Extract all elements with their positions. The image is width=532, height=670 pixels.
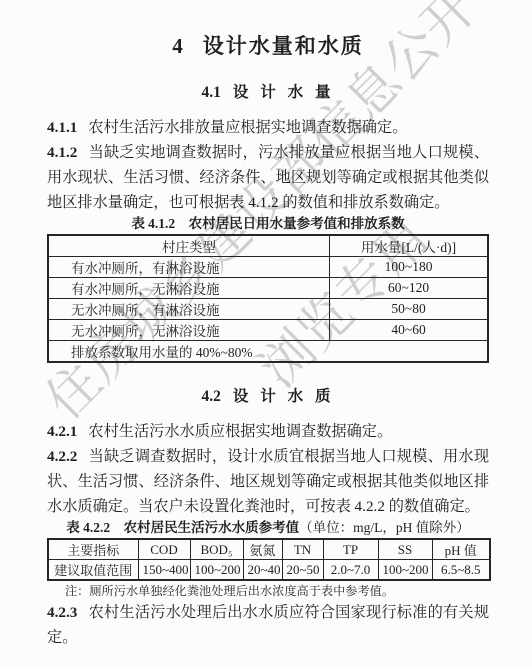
clause-4-2-2: 4.2.2当缺乏调查数据时，设计水质宜根据当地人口规模、用水现状、生活习惯、经济… — [47, 444, 489, 519]
section-4-1-number: 4.1 — [201, 84, 220, 101]
cell-water-usage: 40~60 — [330, 320, 488, 341]
cell-ph-range: 6.5~8.5 — [432, 560, 490, 581]
table-4-1-2: 村庄类型 用水量[L/(人·d)] 有水冲厕所，有淋浴设施 100~180 有水… — [47, 234, 489, 363]
table-row: 无水冲厕所，有淋浴设施 50~80 — [48, 299, 488, 320]
table-footer-row: 排放系数取用水量的 40%~80% — [48, 341, 488, 363]
column-header-village-type: 村庄类型 — [48, 235, 330, 257]
cell-village-type: 有水冲厕所，有淋浴设施 — [48, 257, 330, 278]
clause-4-1-1-number: 4.1.1 — [47, 119, 77, 136]
table-4-2-2-header-row: 主要指标 COD BOD₅ 氨氮 TN TP SS pH 值 — [48, 539, 490, 560]
column-header-water-usage: 用水量[L/(人·d)] — [330, 235, 488, 257]
table-4-1-2-header-row: 村庄类型 用水量[L/(人·d)] — [48, 235, 488, 257]
cell-ss-range: 100~200 — [378, 560, 432, 581]
page-content: 4设计水量和水质 4.1设 计 水 量 4.1.1农村生活污水排放量应根据实地调… — [0, 0, 532, 650]
table-4-2-2-note: 注：厕所污水单独经化粪池处理后出水浓度高于表中参考值。 — [65, 584, 489, 598]
chapter-number: 4 — [172, 34, 183, 58]
column-header-ss: SS — [378, 539, 432, 560]
table-4-2-2-caption-main: 表 4.2.2 农村居民生活污水水质参考值 — [66, 520, 299, 535]
section-4-1-title: 设 计 水 量 — [233, 84, 335, 101]
table-4-2-2-values-row: 建议取值范围 150~400 100~200 20~40 20~50 2.0~7… — [48, 560, 490, 581]
table-4-1-2-caption: 表 4.1.2 农村居民日用水量参考值和排放系数 — [47, 216, 489, 232]
section-4-2-title: 设 计 水 质 — [233, 388, 335, 405]
chapter-title: 设计水量和水质 — [203, 34, 364, 58]
clause-4-2-1-text: 农村生活污水水质应根据实地调查数据确定。 — [88, 423, 392, 440]
column-header-cod: COD — [138, 539, 190, 560]
cell-discharge-coefficient: 排放系数取用水量的 40%~80% — [48, 341, 488, 363]
cell-row-label: 建议取值范围 — [48, 560, 138, 581]
section-4-2-heading: 4.2设 计 水 质 — [47, 387, 489, 407]
section-4-2-number: 4.2 — [201, 388, 220, 405]
clause-4-2-2-number: 4.2.2 — [47, 448, 77, 465]
clause-4-2-1: 4.2.1农村生活污水水质应根据实地调查数据确定。 — [47, 419, 489, 444]
clause-4-1-2: 4.1.2当缺乏实地调查数据时，污水排放量应根据当地人口规模、用水现状、生活习惯… — [47, 140, 489, 215]
cell-tp-range: 2.0~7.0 — [323, 560, 378, 581]
column-header-ammonia: 氨氮 — [243, 539, 282, 560]
clause-4-1-1: 4.1.1农村生活污水排放量应根据实地调查数据确定。 — [47, 115, 489, 140]
cell-village-type: 有水冲厕所，无淋浴设施 — [48, 278, 330, 299]
cell-water-usage: 50~80 — [330, 299, 488, 320]
cell-bod5-range: 100~200 — [190, 560, 243, 581]
chapter-heading: 4设计水量和水质 — [47, 33, 489, 59]
column-header-bod5: BOD₅ — [190, 539, 243, 560]
cell-tn-range: 20~50 — [282, 560, 323, 581]
column-header-tn: TN — [282, 539, 323, 560]
clause-4-1-2-text: 当缺乏实地调查数据时，污水排放量应根据当地人口规模、用水现状、生活习惯、经济条件… — [47, 144, 489, 211]
clause-4-2-1-number: 4.2.1 — [47, 423, 77, 440]
cell-ammonia-range: 20~40 — [243, 560, 282, 581]
document-page: 住房城乡建设部信息公开 浏览专用 4设计水量和水质 4.1设 计 水 量 4.1… — [0, 0, 532, 670]
clause-4-1-2-number: 4.1.2 — [47, 144, 77, 161]
table-row: 有水冲厕所，无淋浴设施 60~120 — [48, 278, 488, 299]
cell-cod-range: 150~400 — [138, 560, 190, 581]
cell-village-type: 无水冲厕所，无淋浴设施 — [48, 320, 330, 341]
column-header-tp: TP — [323, 539, 378, 560]
table-row: 有水冲厕所，有淋浴设施 100~180 — [48, 257, 488, 278]
clause-4-2-2-text: 当缺乏调查数据时，设计水质宜根据当地人口规模、用水现状、生活习惯、经济条件、地区… — [47, 448, 489, 515]
cell-village-type: 无水冲厕所，有淋浴设施 — [48, 299, 330, 320]
clause-4-1-1-text: 农村生活污水排放量应根据实地调查数据确定。 — [88, 119, 407, 136]
table-row: 无水冲厕所，无淋浴设施 40~60 — [48, 320, 488, 341]
column-header-indicator: 主要指标 — [48, 539, 138, 560]
clause-4-2-3-text: 农村生活污水处理后出水水质应符合国家现行标准的有关规定。 — [47, 604, 489, 646]
clause-4-2-3-number: 4.2.3 — [47, 604, 77, 621]
cell-water-usage: 100~180 — [330, 257, 488, 278]
cell-water-usage: 60~120 — [330, 278, 488, 299]
column-header-ph: pH 值 — [432, 539, 490, 560]
table-4-2-2: 主要指标 COD BOD₅ 氨氮 TN TP SS pH 值 建议取值范围 15… — [47, 538, 491, 581]
clause-4-2-3: 4.2.3农村生活污水处理后出水水质应符合国家现行标准的有关规定。 — [47, 600, 489, 650]
section-4-1-heading: 4.1设 计 水 量 — [47, 83, 489, 103]
table-4-2-2-caption: 表 4.2.2 农村居民生活污水水质参考值（单位：mg/L，pH 值除外） — [47, 520, 489, 536]
table-4-2-2-caption-unit: （单位：mg/L，pH 值除外） — [299, 520, 470, 535]
